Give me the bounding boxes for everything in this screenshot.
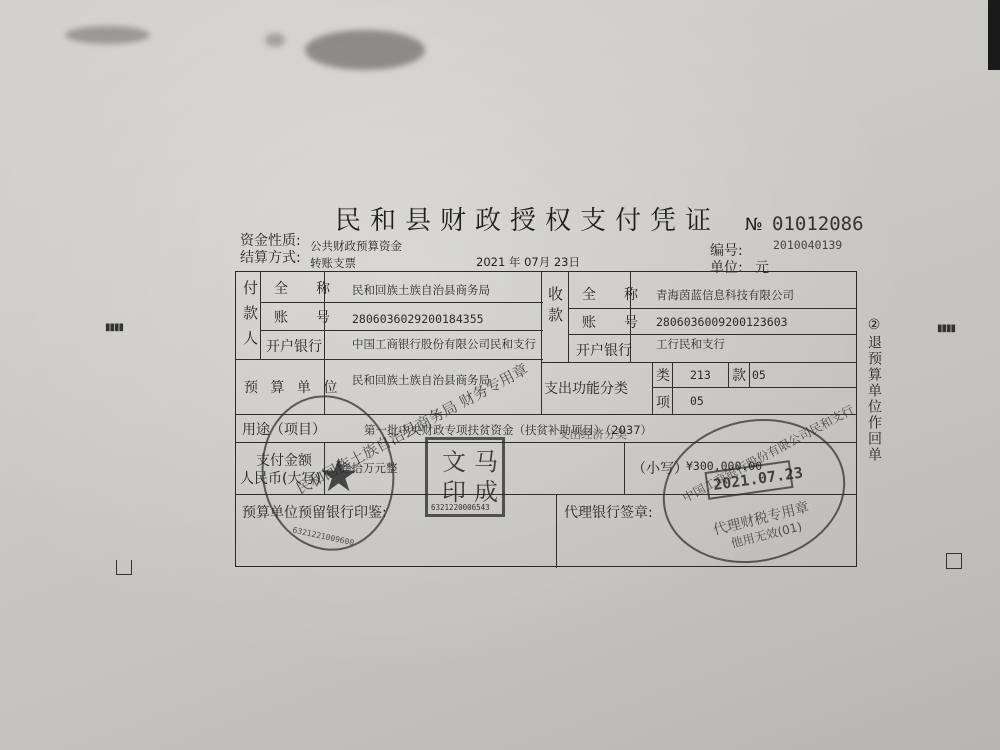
- function-class-label: 支出功能分类: [544, 378, 628, 398]
- payee-name-label: 全 称: [582, 284, 638, 304]
- number-label: №: [745, 215, 763, 235]
- ink-smudge: [305, 30, 425, 70]
- crop-mark: [946, 553, 962, 569]
- ink-smudge: [265, 33, 285, 47]
- settlement-label: 结算方式:: [240, 247, 301, 267]
- seal-char: 成: [474, 472, 498, 507]
- section-value: 05: [752, 368, 766, 382]
- fund-nature-value: 公共财政预算资金: [310, 238, 402, 254]
- registration-mark: ▮▮▮▮: [105, 322, 123, 333]
- copy-note: ②退预算单位作回单: [864, 317, 884, 463]
- payee-bank: 工行民和支行: [656, 336, 725, 352]
- class-value: 213: [690, 368, 711, 382]
- document-date: 2021 年 07月 23日: [476, 254, 580, 270]
- payee-bank-label: 开户银行: [576, 340, 632, 360]
- payee-account: 2806036009200123603: [656, 315, 788, 329]
- payer-name: 民和回族土族自治县商务局: [352, 282, 490, 298]
- star-icon: ★: [318, 448, 359, 502]
- document-number: 01012086: [772, 213, 864, 235]
- payer-account: 2806036029200184355: [352, 312, 484, 326]
- item-label: 项: [656, 392, 670, 412]
- ink-smudge: [65, 26, 150, 44]
- payer-section-label: 付款人: [240, 280, 261, 355]
- payee-account-label: 账 号: [582, 312, 638, 332]
- payer-bank-label: 开户银行: [266, 336, 322, 356]
- settlement-value: 转账支票: [310, 255, 356, 271]
- scan-edge: [988, 0, 1000, 70]
- payer-bank: 中国工商银行股份有限公司民和支行: [352, 336, 536, 352]
- economic-class-label: 支出经济分类: [558, 426, 627, 442]
- registration-mark: ▮▮▮▮: [937, 323, 955, 334]
- seal-number: 6321220006543: [431, 503, 490, 512]
- class-label: 类: [656, 365, 670, 385]
- crop-mark: [116, 560, 132, 575]
- budget-unit-label: 预 算 单 位: [244, 377, 341, 397]
- serial-value: 2010040139: [773, 238, 842, 252]
- seal-char: 印: [442, 472, 466, 507]
- payer-name-label: 全 称: [274, 278, 330, 298]
- item-value: 05: [690, 394, 704, 408]
- agent-bank-label: 代理银行签章:: [564, 502, 653, 522]
- payee-section-label: 收款: [545, 286, 566, 328]
- payee-name: 青海茵蓝信息科技有限公司: [656, 287, 794, 303]
- personal-seal-stamp: 文 马 印 成 6321220006543: [425, 437, 505, 517]
- payer-account-label: 账 号: [274, 307, 330, 327]
- section-label: 款: [732, 365, 746, 385]
- document-title: 民和县财政授权支付凭证: [335, 200, 720, 237]
